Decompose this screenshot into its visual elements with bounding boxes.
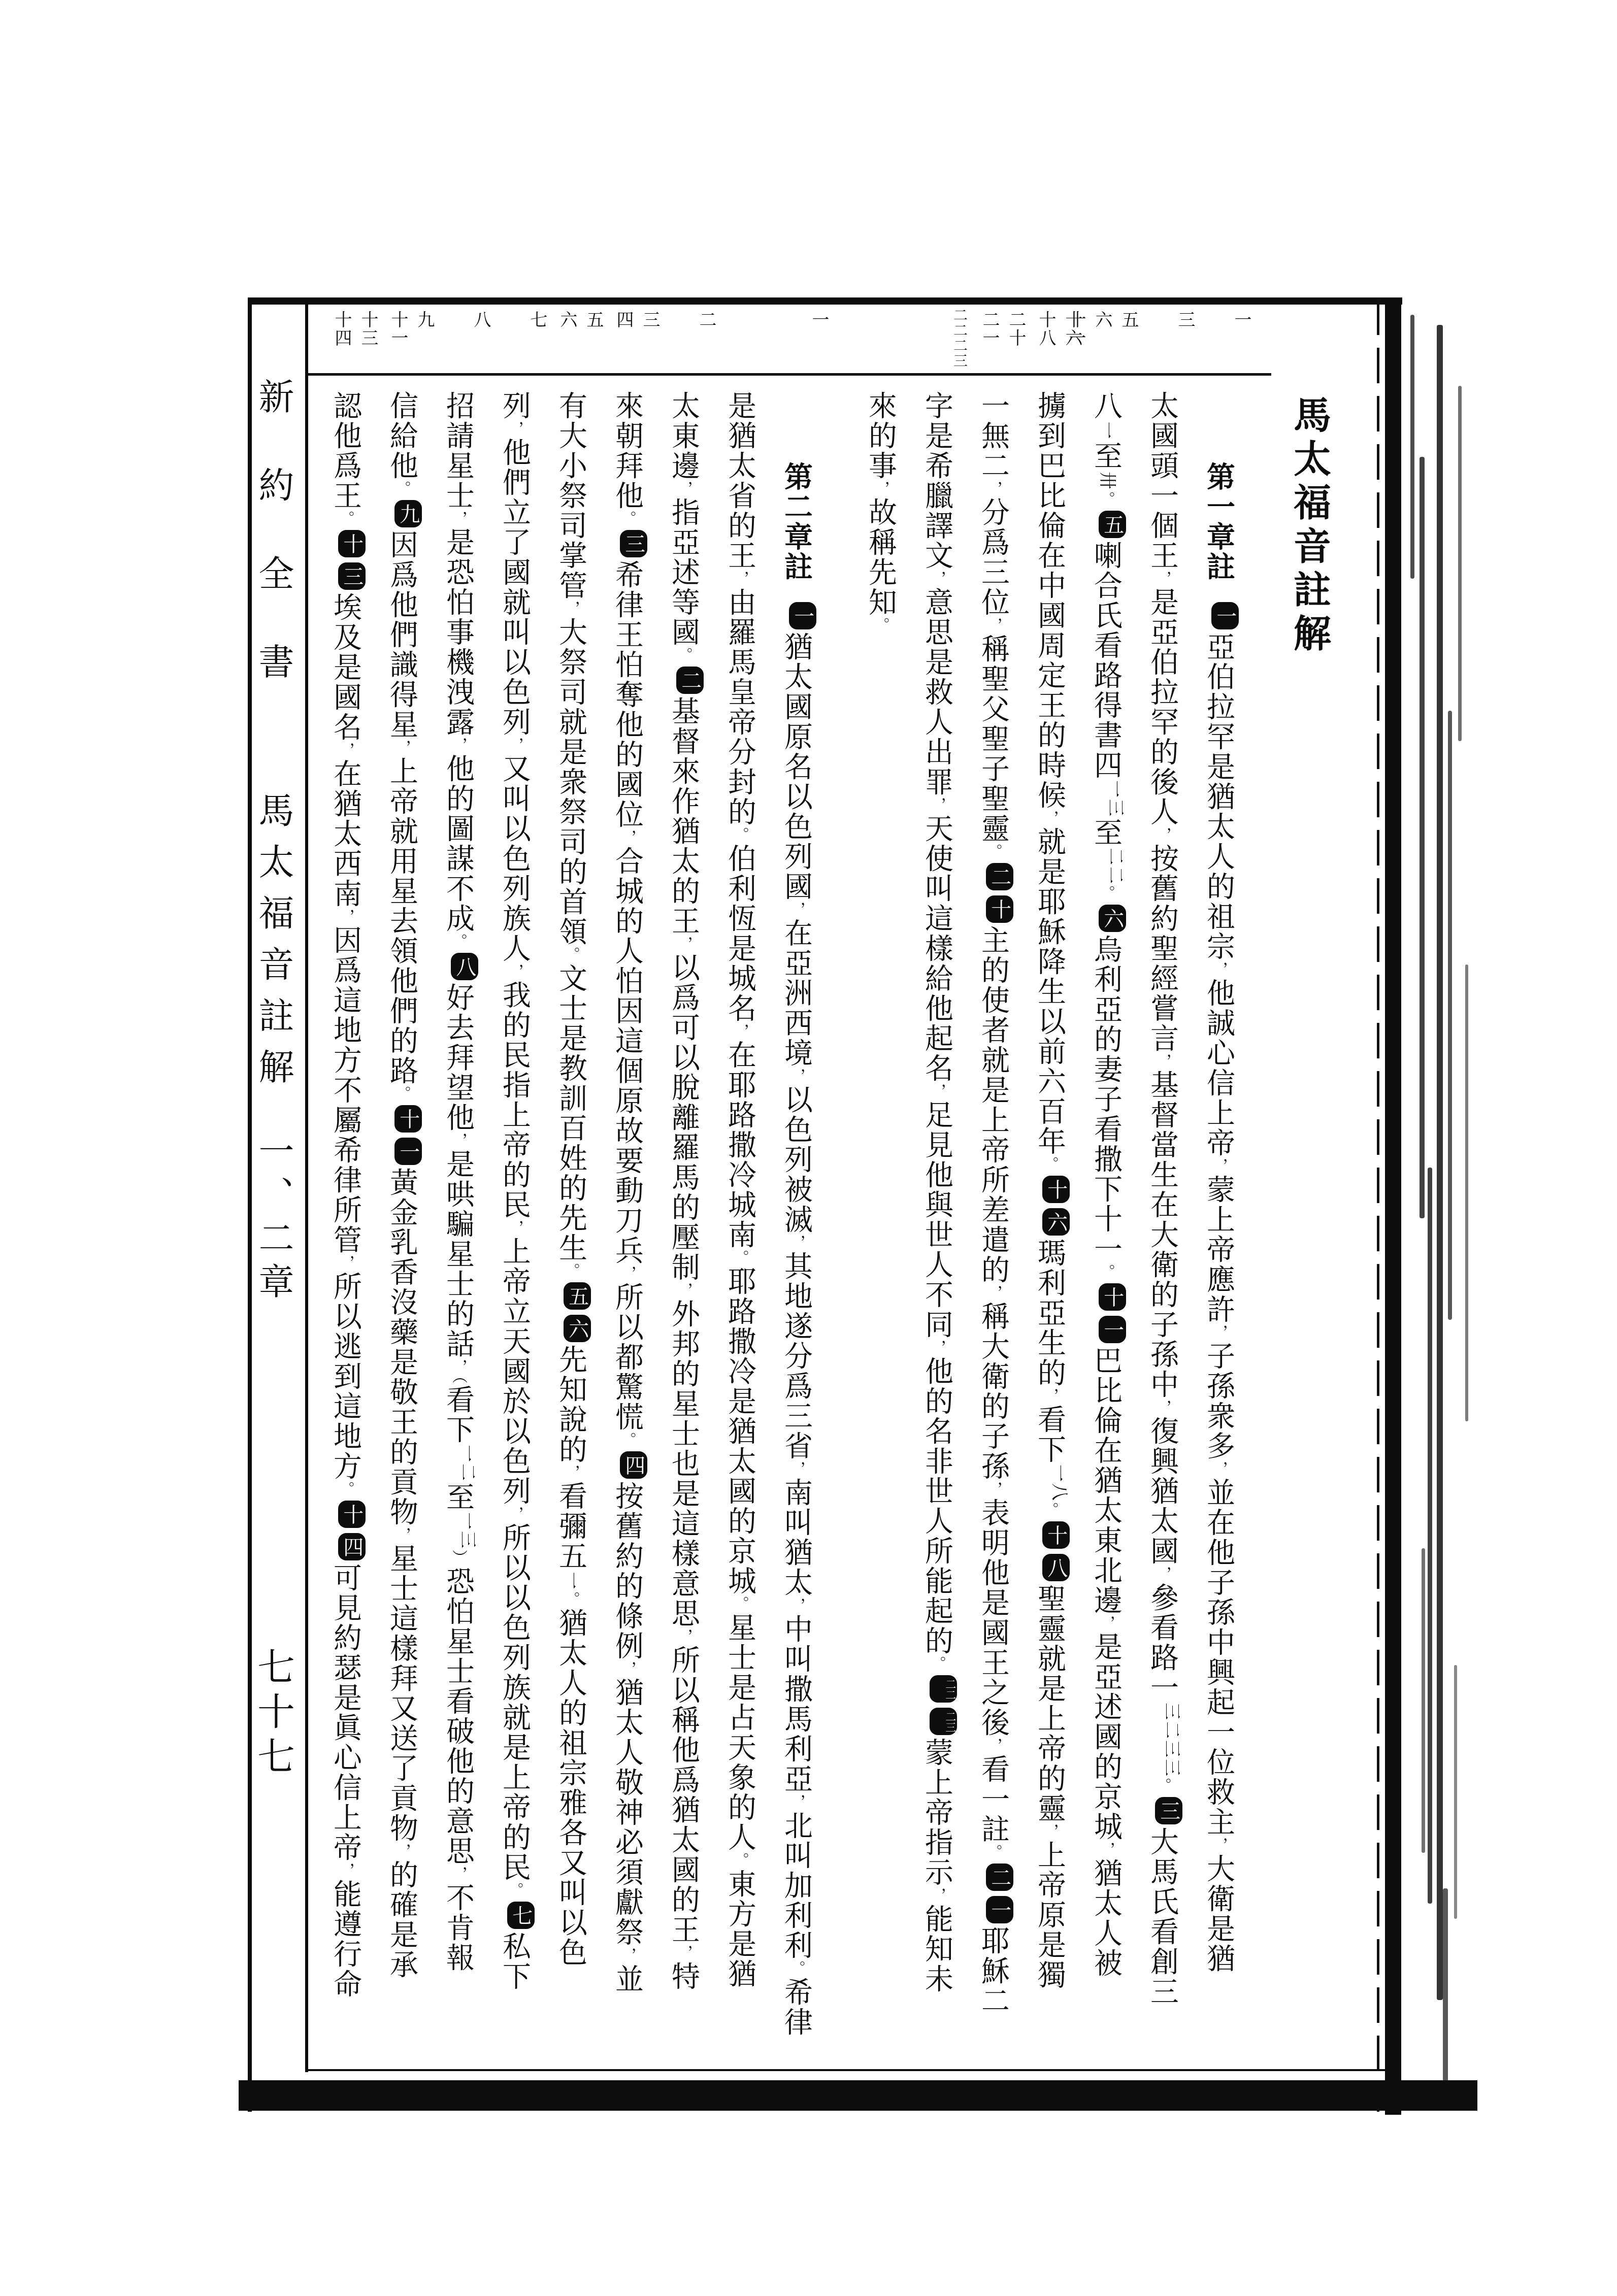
punctuation: 。 <box>393 481 410 497</box>
commentary-text: 來的事 <box>865 391 896 481</box>
punctuation: ， <box>985 1481 1002 1498</box>
verse-number-label-六: 六 <box>1091 311 1113 329</box>
commentary-text: 在耶路撒冷城南 <box>724 1040 755 1250</box>
circled-note-number-八: 八 <box>1042 1554 1070 1581</box>
commentary-text: 好去拜望他 <box>442 983 474 1133</box>
commentary-text: 猶太人被 <box>1090 1858 1121 1978</box>
verse-number-label-三: 三 <box>638 311 661 329</box>
punctuation: 。 <box>619 511 636 527</box>
commentary-text: 看下 <box>442 1385 474 1445</box>
commentary-text: 信給他 <box>386 391 417 481</box>
commentary-text: 巴比倫在猶太東北邊 <box>1090 1346 1121 1615</box>
verse-number-label-十三: 十三 <box>356 311 379 347</box>
gutter-streak-2 <box>1428 1168 1432 1904</box>
scripture-reference-number: 一二 <box>439 1445 477 1482</box>
commentary-text: 基督當生在大衛的子孫中 <box>1146 1070 1178 1400</box>
commentary-text: 在猶太西南 <box>329 759 361 909</box>
frame-right-thick-border <box>1385 297 1401 2115</box>
gutter-streak-8 <box>1422 1548 1425 1853</box>
commentary-text: 有大小祭司掌管 <box>555 391 586 601</box>
text-column-12: 有大小祭司掌管，大祭司就是衆祭司的首領。文士是教訓百姓的先生。五六先知說的，看彌… <box>548 391 593 2058</box>
commentary-text: 東方是猶 <box>724 1869 755 1989</box>
commentary-text: 子孫衆多 <box>1203 1341 1234 1461</box>
commentary-text: 看一註 <box>977 1754 1009 1844</box>
punctuation: 。 <box>1098 1264 1114 1281</box>
punctuation: 。 <box>985 1844 1002 1861</box>
gutter-streak-9 <box>1454 1665 1457 1919</box>
circled-note-number-十: 十 <box>338 1501 366 1528</box>
commentary-text: 希律 <box>780 1977 812 2037</box>
punctuation: ， <box>619 1266 636 1282</box>
circled-note-number-十: 十 <box>338 530 366 557</box>
circled-note-number-五: 五 <box>1099 511 1126 538</box>
punctuation: 。 <box>732 1596 748 1613</box>
commentary-text: 中叫撒馬利亞 <box>780 1614 812 1794</box>
punctuation: ， <box>1210 1324 1227 1341</box>
punctuation: ， <box>985 1285 1002 1302</box>
commentary-text: 並 <box>611 1964 643 1994</box>
commentary-text: 他們立了國就叫以色列 <box>499 438 530 737</box>
commentary-text: 意思是救人出罪 <box>921 587 952 797</box>
commentary-text: 足見他與世人不同 <box>921 1100 952 1340</box>
punctuation: ， <box>788 1068 805 1085</box>
commentary-text: 復興猶太國 <box>1146 1416 1178 1566</box>
punctuation: ， <box>337 1862 354 1879</box>
verse-number-label-六: 六 <box>555 311 578 329</box>
commentary-text: 大馬氏看創三 <box>1146 1827 1178 2007</box>
commentary-text: 耶路撒冷是猶太國的京城 <box>724 1267 755 1596</box>
page-running-title: 馬太福音註解 <box>1289 395 1329 657</box>
commentary-text: 認他爲王 <box>329 391 361 511</box>
edge-book-title: 新約全書 <box>252 378 293 731</box>
commentary-text: 恐怕星士看破他的意思 <box>442 1567 474 1866</box>
commentary-text: 所以逃到這地方 <box>329 1272 361 1481</box>
punctuation: 。 <box>393 1086 410 1103</box>
commentary-text: 特 <box>668 1961 699 1991</box>
frame-bottom-thin-rule <box>305 2069 1385 2071</box>
punctuation: ， <box>619 829 636 846</box>
commentary-text: 黃金乳香沒藥是敬王的貢物 <box>386 1168 417 1527</box>
commentary-text: 星士這樣拜又送了貢物 <box>386 1544 417 1843</box>
scripture-reference-number: 三二 <box>1143 1703 1181 1740</box>
punctuation: ， <box>450 1359 467 1376</box>
commentary-text: 猶太人的祖宗雅各又叫以色 <box>555 1608 586 1968</box>
commentary-text: 先知說的 <box>555 1345 586 1465</box>
commentary-text: 能遵行命 <box>329 1879 361 1999</box>
circled-note-number-七: 七 <box>507 1902 535 1929</box>
punctuation: ， <box>788 1235 805 1251</box>
punctuation: ， <box>732 571 748 587</box>
commentary-text: 來朝拜他 <box>611 391 643 511</box>
punctuation: ， <box>1041 1823 1058 1840</box>
commentary-text: 故稱先知 <box>865 497 896 617</box>
heading-indent <box>796 391 797 462</box>
commentary-text: 大衛是猶 <box>1203 1854 1234 1974</box>
punctuation: ， <box>1041 810 1058 827</box>
punctuation: 。 <box>1041 1156 1058 1173</box>
scanned-book-page: 馬太福音註解 新約全書 馬太福音註解 一、二章 七十七 一三五六十一十六十八二十… <box>0 0 1617 2296</box>
commentary-text: 指亞述等國 <box>668 497 699 647</box>
commentary-text: 所以都驚慌 <box>611 1282 643 1432</box>
commentary-text: 太國頭一個王 <box>1146 391 1178 571</box>
punctuation: ， <box>985 481 1002 497</box>
text-column-13: 列，他們立了國就叫以色列，又叫以色列族人，我的民指上帝的民，上帝立天國於以色列，… <box>491 391 537 2058</box>
commentary-text: 星士是占天象的人 <box>724 1613 755 1852</box>
punctuation: （ <box>450 1376 467 1385</box>
punctuation: ， <box>788 902 805 918</box>
commentary-text: 不肯報 <box>442 1883 474 1973</box>
verse-number-label-十六: 十六 <box>1061 311 1083 347</box>
circled-note-number-六: 六 <box>1042 1208 1070 1236</box>
punctuation: ， <box>393 1527 410 1544</box>
commentary-text: 耶穌二 <box>977 1926 1009 2016</box>
punctuation: ， <box>450 511 467 527</box>
commentary-text: 希律王怕奪他的國位 <box>611 560 643 829</box>
punctuation: ， <box>788 1461 805 1478</box>
punctuation: ， <box>1210 961 1227 978</box>
punctuation: ， <box>675 1282 692 1299</box>
punctuation: ， <box>675 1628 692 1645</box>
commentary-text: 分爲三位 <box>977 497 1009 617</box>
edge-chapter-range: 一、二章 <box>252 1132 293 1307</box>
commentary-text: 看彌五 <box>555 1481 586 1571</box>
punctuation: ， <box>506 737 523 754</box>
punctuation: ， <box>506 1506 523 1523</box>
commentary-text: 一無二 <box>977 391 1009 481</box>
circled-note-number-二二: 二二 <box>930 1675 957 1703</box>
circled-note-number-十: 十 <box>394 1105 422 1133</box>
punctuation: 。 <box>929 1656 945 1673</box>
commentary-text: 是亞述國的京城 <box>1090 1632 1121 1842</box>
commentary-text: 表明他是國王之後 <box>977 1498 1009 1738</box>
punctuation: 。 <box>732 1250 748 1267</box>
commentary-text: 招請星士 <box>442 391 474 511</box>
punctuation: 。 <box>1154 1778 1171 1794</box>
heading-gap <box>1218 582 1219 600</box>
verse-number-label-二二二三: 二二二三 <box>948 308 970 369</box>
punctuation: ， <box>450 1133 467 1149</box>
commentary-text: 我的民指上帝的民 <box>499 980 530 1220</box>
punctuation: ， <box>1154 1053 1171 1070</box>
commentary-text: 列 <box>499 391 530 421</box>
commentary-text: 埃及是國名 <box>329 592 361 742</box>
commentary-text: 參看路一 <box>1146 1583 1178 1703</box>
circled-note-number-五: 五 <box>564 1282 591 1310</box>
verse-number-label-五: 五 <box>582 311 604 329</box>
text-column-16: 認他爲王。十三埃及是國名，在猶太西南，因爲這地方不屬希律所管，所以逃到這地方。十… <box>322 391 368 2058</box>
gutter-streak-7 <box>1443 1888 1448 2081</box>
commentary-text: 稱聖父聖子聖靈 <box>977 634 1009 844</box>
punctuation: ， <box>1210 1158 1227 1175</box>
punctuation: 。 <box>563 1263 579 1280</box>
commentary-text: 瑪利亞生的 <box>1034 1238 1065 1388</box>
commentary-text: 在亞洲西境 <box>780 918 812 1068</box>
punctuation: ， <box>1154 827 1171 844</box>
commentary-text: 主的使者就是上帝所差遣的 <box>977 925 1009 1285</box>
verse-number-label-七: 七 <box>525 311 548 329</box>
verse-number-label-十四: 十四 <box>330 311 352 347</box>
circled-note-number-三: 三 <box>1155 1797 1182 1824</box>
text-column-1: 第一章註一亞伯拉罕是猶太人的祖宗，他誠心信上帝，蒙上帝應許，子孫衆多，並在他子孫… <box>1196 391 1241 2058</box>
punctuation: ， <box>985 617 1002 634</box>
commentary-text: 外邦的星士也是這樣意思 <box>668 1299 699 1628</box>
commentary-text: 至 <box>442 1482 474 1512</box>
scripture-reference-number: 一八 <box>1031 1465 1068 1502</box>
circled-note-number-一: 一 <box>986 1896 1013 1923</box>
punctuation: ， <box>619 1947 636 1964</box>
punctuation: ， <box>619 1661 636 1678</box>
commentary-text: 文士是教訓百姓的先生 <box>555 963 586 1263</box>
circled-note-number-二三: 二三 <box>930 1708 957 1735</box>
circled-note-number-三: 三 <box>620 530 647 557</box>
text-column-11: 來朝拜他。三希律王怕奪他的國位，合城的人怕因這個原故要動刀兵，所以都驚慌。四按舊… <box>604 391 650 2058</box>
punctuation: ， <box>1041 1388 1058 1405</box>
punctuation: ， <box>929 571 945 587</box>
header-band-rule <box>307 373 1271 376</box>
text-column-8: 第二章註一猶太國原名以色列國，在亞洲西境，以色列被滅，其地遂分爲三省，南叫猶太，… <box>773 391 819 2058</box>
commentary-text: 他的名非世人所能起的 <box>921 1356 952 1656</box>
commentary-text: 按舊約的條例 <box>611 1481 643 1661</box>
punctuation: ， <box>506 421 523 438</box>
commentary-text: 至 <box>1090 441 1121 471</box>
verse-number-label-二: 二 <box>695 311 717 329</box>
verse-number-label-一: 一 <box>1230 311 1252 329</box>
commentary-text: 八 <box>1090 391 1121 421</box>
gutter-streak-1 <box>1420 457 1425 1218</box>
commentary-text: 他誠心信上帝 <box>1203 978 1234 1158</box>
circled-note-number-一: 一 <box>1099 1316 1126 1343</box>
verse-number-label-八: 八 <box>469 311 491 329</box>
circled-note-number-二: 二 <box>986 1864 1013 1891</box>
circled-note-number-一: 一 <box>394 1138 422 1165</box>
commentary-text: 看下 <box>1034 1405 1065 1465</box>
punctuation: 。 <box>563 947 579 963</box>
commentary-text: 字是希臘譯文 <box>921 391 952 571</box>
commentary-text: 烏利亞的妻子看撒下十一 <box>1090 935 1121 1264</box>
verse-number-label-四: 四 <box>612 311 634 329</box>
punctuation: ， <box>1154 1400 1171 1416</box>
circled-note-number-八: 八 <box>451 953 478 980</box>
commentary-text: 稱大衛的子孫 <box>977 1302 1009 1481</box>
commentary-text: 天使叫這樣給他起名 <box>921 814 952 1083</box>
circled-note-number-十: 十 <box>1099 1283 1126 1311</box>
commentary-text: 其地遂分爲三省 <box>780 1251 812 1461</box>
circled-note-number-三: 三 <box>338 562 366 590</box>
punctuation: ， <box>732 1023 748 1040</box>
commentary-text: 以爲可以脫離羅馬的壓制 <box>668 953 699 1282</box>
gutter-streak-3 <box>1437 325 1443 2000</box>
commentary-text: 猶太人敬神必須獻祭 <box>611 1678 643 1947</box>
circled-note-number-十: 十 <box>1042 1176 1070 1203</box>
frame-bottom-thick-border <box>239 2080 1477 2111</box>
punctuation: ， <box>929 1083 945 1100</box>
punctuation: ， <box>563 1465 579 1481</box>
commentary-text: 所以以色列族就是上帝的民 <box>499 1523 530 1882</box>
scripture-reference-number: 一三 <box>1087 780 1125 818</box>
punctuation: ， <box>450 737 467 754</box>
commentary-text: 所以稱他爲猶太國的王 <box>668 1645 699 1945</box>
text-column-2: 太國頭一個王，是亞伯拉罕的後人，按舊約聖經嘗言，基督當生在大衛的子孫中，復興猶太… <box>1139 391 1185 2058</box>
commentary-text: 蒙上帝應許 <box>1203 1175 1234 1324</box>
circled-note-number-一: 一 <box>789 602 816 629</box>
circled-note-number-十: 十 <box>986 895 1013 923</box>
commentary-text: 聖靈就是上帝的靈 <box>1034 1584 1065 1823</box>
commentary-text: 能知未 <box>921 1904 952 1994</box>
punctuation: 。 <box>872 617 889 634</box>
punctuation: ） <box>450 1550 467 1567</box>
punctuation: ， <box>1154 571 1171 587</box>
circled-note-number-六: 六 <box>564 1315 591 1342</box>
frame-top-border <box>248 297 1402 305</box>
punctuation: ， <box>929 1340 945 1356</box>
circled-note-number-四: 四 <box>338 1533 366 1560</box>
commentary-text: 上帝就用星去領他們的路 <box>386 756 417 1086</box>
punctuation: ， <box>393 740 410 756</box>
commentary-text: 南叫猶太 <box>780 1478 812 1598</box>
commentary-text: 他的圖謀不成 <box>442 754 474 934</box>
punctuation: 。 <box>985 844 1002 860</box>
commentary-text: 是恐怕事機洩露 <box>442 527 474 737</box>
commentary-text: 上帝立天國於以色列 <box>499 1237 530 1506</box>
edge-commentary-title: 馬太福音註解 <box>252 792 293 1100</box>
punctuation: ， <box>1098 1842 1114 1858</box>
punctuation: 。 <box>732 827 748 844</box>
circled-note-number-九: 九 <box>394 500 422 527</box>
gutter-streak-5 <box>1458 386 1462 741</box>
heading-gap <box>796 582 797 600</box>
punctuation: ， <box>337 1255 354 1272</box>
punctuation: 。 <box>337 1481 354 1498</box>
heading-indent <box>1218 391 1219 462</box>
commentary-text: 合城的人怕因這個原故要動刀兵 <box>611 846 643 1266</box>
commentary-text: 猶太國原名以色列國 <box>780 632 812 902</box>
text-column-14: 招請星士，是恐怕事機洩露，他的圖謀不成。八好去拜望他，是哄騙星士的話，（看下一二… <box>435 391 481 2058</box>
commentary-text: 太東邊 <box>668 391 699 481</box>
commentary-text: 大祭司就是衆祭司的首領 <box>555 617 586 947</box>
edge-column-separator-line <box>305 304 308 2072</box>
commentary-text: 基督來作猶太的王 <box>668 696 699 936</box>
scripture-reference-number: 一三 <box>439 1512 477 1550</box>
punctuation: 。 <box>675 647 692 664</box>
circled-note-number-四: 四 <box>620 1451 647 1479</box>
commentary-text: 可見約瑟是眞心信上帝 <box>329 1563 361 1862</box>
text-column-3: 八一至卅。五喇合氏看路得書四一三至二二。六烏利亞的妻子看撒下十一。十一巴比倫在猶… <box>1083 391 1129 2058</box>
punctuation: ， <box>929 1887 945 1904</box>
punctuation: 。 <box>732 1852 748 1869</box>
punctuation: ， <box>393 1843 410 1860</box>
text-column-6: 字是希臘譯文，意思是救人出罪，天使叫這樣給他起名，足見他與世人不同，他的名非世人… <box>914 391 960 2058</box>
circled-note-number-十: 十 <box>1042 1521 1070 1549</box>
punctuation: 。 <box>337 511 354 527</box>
circled-note-number-六: 六 <box>1099 905 1126 932</box>
commentary-text: 至 <box>1090 818 1121 848</box>
commentary-text: 並在他子孫中興起一位救主 <box>1203 1478 1234 1837</box>
text-column-4: 擄到巴比倫在中國周定王的時候，就是耶穌降生以前六百年。十六瑪利亞生的，看下一八。… <box>1027 391 1072 2058</box>
punctuation: ， <box>788 1794 805 1811</box>
frame-left-border <box>248 297 252 2112</box>
scripture-reference-number: 一 <box>560 1572 581 1591</box>
commentary-text: 伯利恆是城名 <box>724 844 755 1023</box>
page-number: 七十七 <box>252 1647 293 1781</box>
punctuation: 。 <box>450 934 467 950</box>
punctuation: ， <box>506 1220 523 1237</box>
punctuation: ， <box>788 1598 805 1614</box>
commentary-text: 蒙上帝指示 <box>921 1738 952 1887</box>
verse-number-label-一: 一 <box>807 311 830 329</box>
verse-number-label-十八: 十八 <box>1034 311 1057 347</box>
commentary-text: 由羅馬皇帝分封的 <box>724 587 755 827</box>
punctuation: ， <box>1098 1615 1114 1632</box>
punctuation: ， <box>1210 1837 1227 1854</box>
commentary-text: 按舊約聖經嘗言 <box>1146 844 1178 1053</box>
circled-note-number-二: 二 <box>676 667 704 694</box>
scripture-reference-number: 二二 <box>1087 848 1125 885</box>
punctuation: 。 <box>619 1432 636 1449</box>
commentary-text: 北叫加利利 <box>780 1811 812 1960</box>
commentary-text: 是猶太省的王 <box>724 391 755 571</box>
commentary-text: 因爲他們識得星 <box>386 530 417 740</box>
punctuation: ， <box>337 742 354 759</box>
circled-note-number-二: 二 <box>986 863 1013 890</box>
punctuation: ， <box>1154 1566 1171 1583</box>
verse-number-label-三: 三 <box>1173 311 1196 329</box>
commentary-text: 擄到巴比倫在中國周定王的時候 <box>1034 391 1065 810</box>
commentary-text: 是哄騙星士的話 <box>442 1149 474 1359</box>
verse-number-label-九: 九 <box>413 311 435 329</box>
punctuation: ， <box>929 797 945 814</box>
punctuation: ， <box>675 936 692 953</box>
text-column-7: 來的事，故稱先知。 <box>857 391 903 2058</box>
punctuation: 。 <box>506 1882 523 1899</box>
frame-right-thin-line <box>1377 300 1379 2112</box>
commentary-text: 就是耶穌降生以前六百年 <box>1034 827 1065 1156</box>
section-heading: 第二章註 <box>780 462 812 582</box>
gutter-streak-4 <box>1448 711 1452 1320</box>
punctuation: 。 <box>563 1591 579 1608</box>
punctuation: 。 <box>1098 491 1114 508</box>
punctuation: ， <box>985 1738 1002 1754</box>
circled-note-number-一: 一 <box>1211 602 1239 629</box>
punctuation: ， <box>563 601 579 617</box>
commentary-text: 因爲這地方不屬希律所管 <box>329 925 361 1255</box>
punctuation: 。 <box>788 1960 805 1977</box>
verse-number-label-二一: 二一 <box>978 311 1000 347</box>
commentary-text: 私下 <box>499 1932 530 1991</box>
text-column-10: 太東邊，指亞述等國。二基督來作猶太的王，以爲可以脫離羅馬的壓制，外邦的星士也是這… <box>661 391 706 2058</box>
text-column-5: 一無二，分爲三位，稱聖父聖子聖靈。二十主的使者就是上帝所差遣的，稱大衛的子孫，表… <box>970 391 1016 2058</box>
scripture-reference-number: 三三 <box>1143 1740 1181 1778</box>
punctuation: ， <box>872 481 889 497</box>
verse-number-label-十一: 十一 <box>386 311 409 347</box>
verse-number-label-二十: 二十 <box>1004 311 1027 347</box>
commentary-text: 以色列被滅 <box>780 1085 812 1235</box>
section-heading: 第一章註 <box>1203 462 1234 582</box>
verse-number-label-五: 五 <box>1117 311 1139 329</box>
punctuation: 。 <box>1041 1502 1058 1519</box>
scripture-reference-number: 一 <box>1096 422 1116 441</box>
commentary-text: 的確是承 <box>386 1860 417 1980</box>
commentary-text: 亞伯拉罕是猶太人的祖宗 <box>1203 632 1234 961</box>
commentary-text: 喇合氏看路得書四 <box>1090 541 1121 780</box>
gutter-streak-0 <box>1410 315 1414 579</box>
punctuation: ， <box>1210 1461 1227 1478</box>
gutter-streak-6 <box>1465 964 1468 1421</box>
punctuation: ， <box>675 1945 692 1961</box>
commentary-text: 上帝原是獨 <box>1034 1840 1065 1990</box>
text-column-9: 是猶太省的王，由羅馬皇帝分封的。伯利恆是城名，在耶路撒冷城南。耶路撒冷是猶太國的… <box>717 391 763 2058</box>
punctuation: ， <box>675 481 692 497</box>
punctuation: ， <box>506 963 523 980</box>
